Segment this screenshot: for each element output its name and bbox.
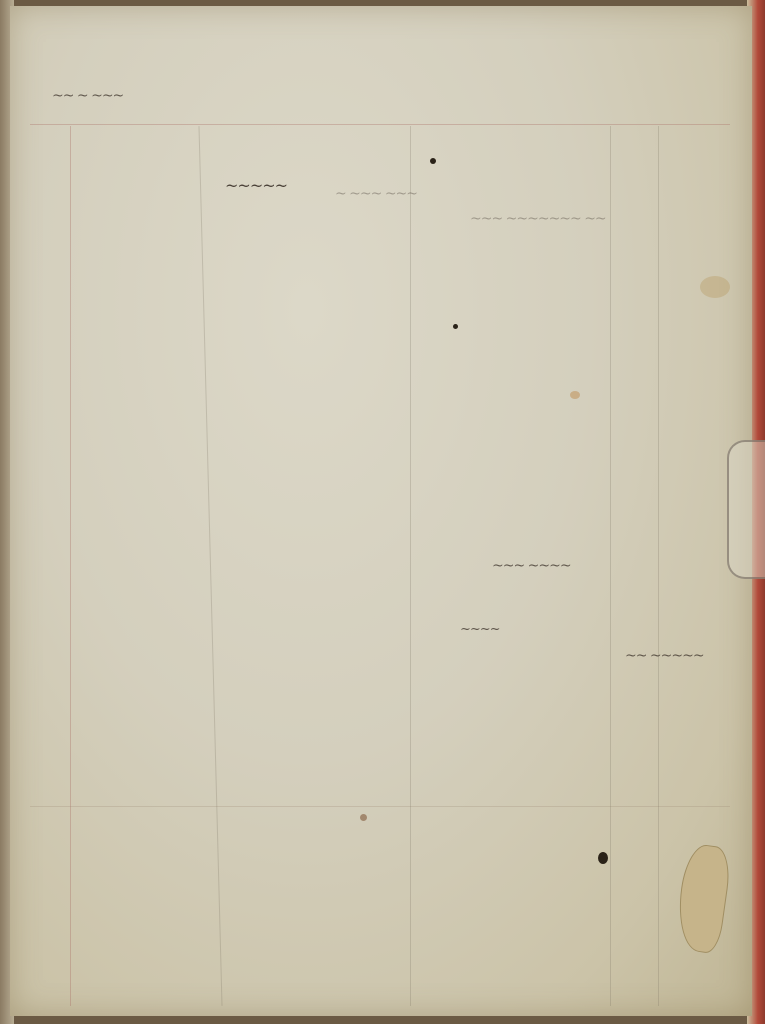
- annotation-header-1: ~~~~~: [225, 176, 287, 195]
- annotation-scribble-1: ~~~ ~~~~: [492, 558, 571, 574]
- column-rule-3: [610, 126, 611, 1006]
- annotation-scribble-2: ~~~~: [460, 622, 500, 637]
- margin-rule-bottom: [30, 806, 730, 807]
- page-tab: [727, 440, 765, 579]
- annotation-header-2: ~ ~~~ ~~~: [335, 186, 417, 202]
- manuscript-page: ~~ ~ ~~~ ~~~~~ ~ ~~~ ~~~ ~~~ ~~~~~~~ ~~ …: [10, 6, 752, 1016]
- annotation-scribble-3: ~~ ~~~~~: [625, 648, 704, 664]
- column-rule-4: [658, 126, 659, 1006]
- annotation-top-left: ~~ ~ ~~~: [52, 88, 123, 104]
- annotation-header-3: ~~~ ~~~~~~~ ~~: [470, 211, 606, 227]
- stain: [360, 814, 367, 821]
- column-rule-1: [198, 126, 222, 1006]
- stain: [700, 276, 730, 298]
- ink-blot: [598, 852, 608, 864]
- stain: [570, 391, 580, 399]
- column-rule-2: [410, 126, 411, 1006]
- margin-rule-top: [30, 124, 730, 125]
- ink-dot: [430, 158, 436, 164]
- margin-rule-left: [70, 126, 71, 1006]
- ink-dot: [453, 324, 458, 329]
